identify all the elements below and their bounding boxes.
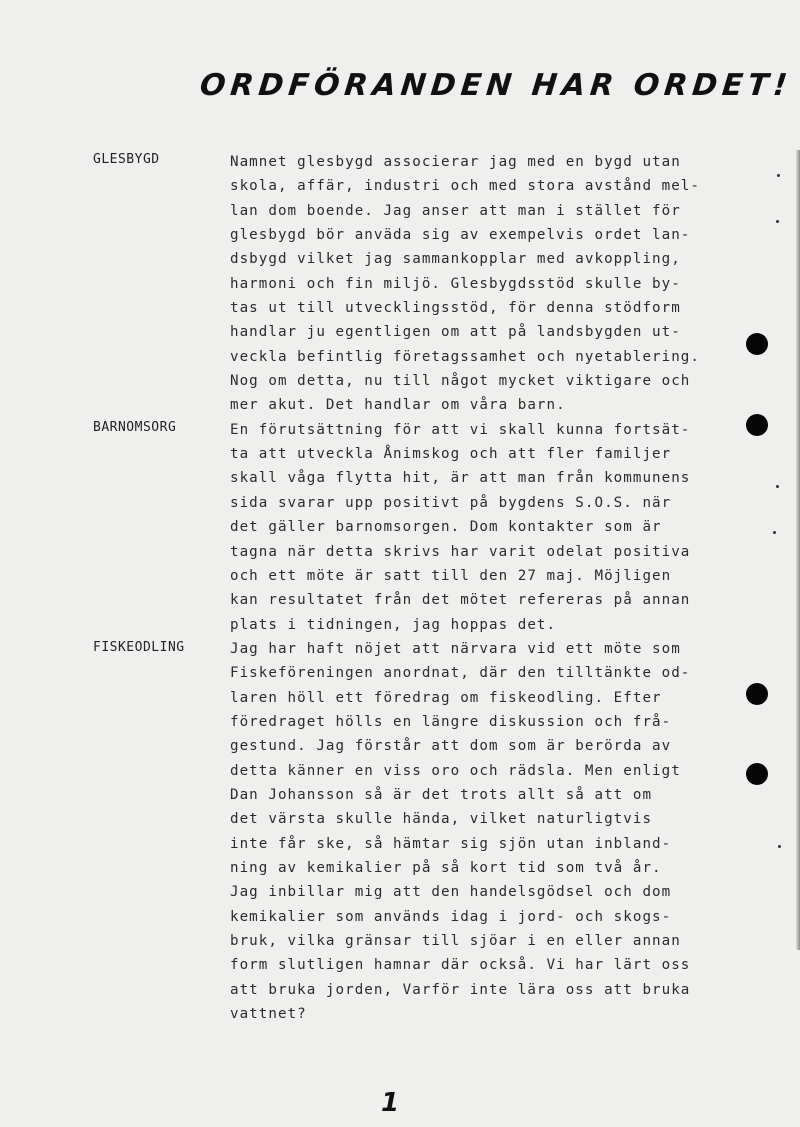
text-line: tagna när detta skrivs har varit odelat … (230, 540, 750, 564)
text-line: Nog om detta, nu till något mycket vikti… (230, 369, 750, 393)
section-label-barnomsorg: BARNOMSORG (93, 420, 176, 435)
text-line: tas ut till utvecklingsstöd, för denna s… (230, 296, 750, 320)
text-line: Namnet glesbygd associerar jag med en by… (230, 150, 750, 174)
text-line: handlar ju egentligen om att på landsbyg… (230, 320, 750, 344)
scan-speck (773, 531, 776, 534)
text-line: vattnet? (230, 1002, 750, 1026)
text-line: mer akut. Det handlar om våra barn. (230, 393, 750, 417)
page-number: 1 (381, 1088, 399, 1118)
text-line: ta att utveckla Ånimskog och att fler fa… (230, 442, 750, 466)
text-line: gestund. Jag förstår att dom som är berö… (230, 734, 750, 758)
section-label-glesbygd: GLESBYGD (93, 152, 160, 167)
text-line: glesbygd bör anväda sig av exempelvis or… (230, 223, 750, 247)
text-line: Dan Johansson så är det trots allt så at… (230, 783, 750, 807)
section-barnomsorg: En förutsättning för att vi skall kunna … (230, 418, 750, 637)
text-line: och ett möte är satt till den 27 maj. Mö… (230, 564, 750, 588)
punch-hole-icon (746, 683, 768, 705)
punch-hole-icon (746, 333, 768, 355)
text-line: veckla befintlig företagssamhet och nyet… (230, 345, 750, 369)
text-line: att bruka jorden, Varför inte lära oss a… (230, 978, 750, 1002)
punch-hole-icon (746, 763, 768, 785)
punch-hole-icon (746, 414, 768, 436)
page-title: ORDFÖRANDEN HAR ORDET! (198, 68, 742, 103)
section-label-fiskeodling: FISKEODLING (93, 640, 185, 655)
text-line: Jag inbillar mig att den handelsgödsel o… (230, 880, 750, 904)
scan-speck (777, 174, 780, 177)
text-line: kan resultatet från det mötet refereras … (230, 588, 750, 612)
text-line: lan dom boende. Jag anser att man i stäl… (230, 199, 750, 223)
text-line: dsbygd vilket jag sammankopplar med avko… (230, 247, 750, 271)
section-fiskeodling: Jag har haft nöjet att närvara vid ett m… (230, 637, 750, 1027)
text-line: harmoni och fin miljö. Glesbygdsstöd sku… (230, 272, 750, 296)
text-line: det gäller barnomsorgen. Dom kontakter s… (230, 515, 750, 539)
text-line: plats i tidningen, jag hoppas det. (230, 613, 750, 637)
text-line: En förutsättning för att vi skall kunna … (230, 418, 750, 442)
article-body: Namnet glesbygd associerar jag med en by… (230, 150, 750, 1026)
text-line: Jag har haft nöjet att närvara vid ett m… (230, 637, 750, 661)
text-line: skall våga flytta hit, är att man från k… (230, 466, 750, 490)
scan-speck (776, 220, 779, 223)
text-line: kemikalier som används idag i jord- och … (230, 905, 750, 929)
text-line: Fiskeföreningen anordnat, där den tilltä… (230, 661, 750, 685)
text-line: form slutligen hamnar där också. Vi har … (230, 953, 750, 977)
scan-speck (778, 845, 781, 848)
text-line: sida svarar upp positivt på bygdens S.O.… (230, 491, 750, 515)
text-line: inte får ske, så hämtar sig sjön utan in… (230, 832, 750, 856)
text-line: bruk, vilka gränsar till sjöar i en elle… (230, 929, 750, 953)
page-edge-shadow (796, 150, 800, 950)
text-line: det värsta skulle hända, vilket naturlig… (230, 807, 750, 831)
text-line: ning av kemikalier på så kort tid som tv… (230, 856, 750, 880)
text-line: detta känner en viss oro och rädsla. Men… (230, 759, 750, 783)
text-line: skola, affär, industri och med stora avs… (230, 174, 750, 198)
text-line: föredraget hölls en längre diskussion oc… (230, 710, 750, 734)
section-glesbygd: Namnet glesbygd associerar jag med en by… (230, 150, 750, 418)
scan-speck (776, 485, 779, 488)
text-line: laren höll ett föredrag om fiskeodling. … (230, 686, 750, 710)
